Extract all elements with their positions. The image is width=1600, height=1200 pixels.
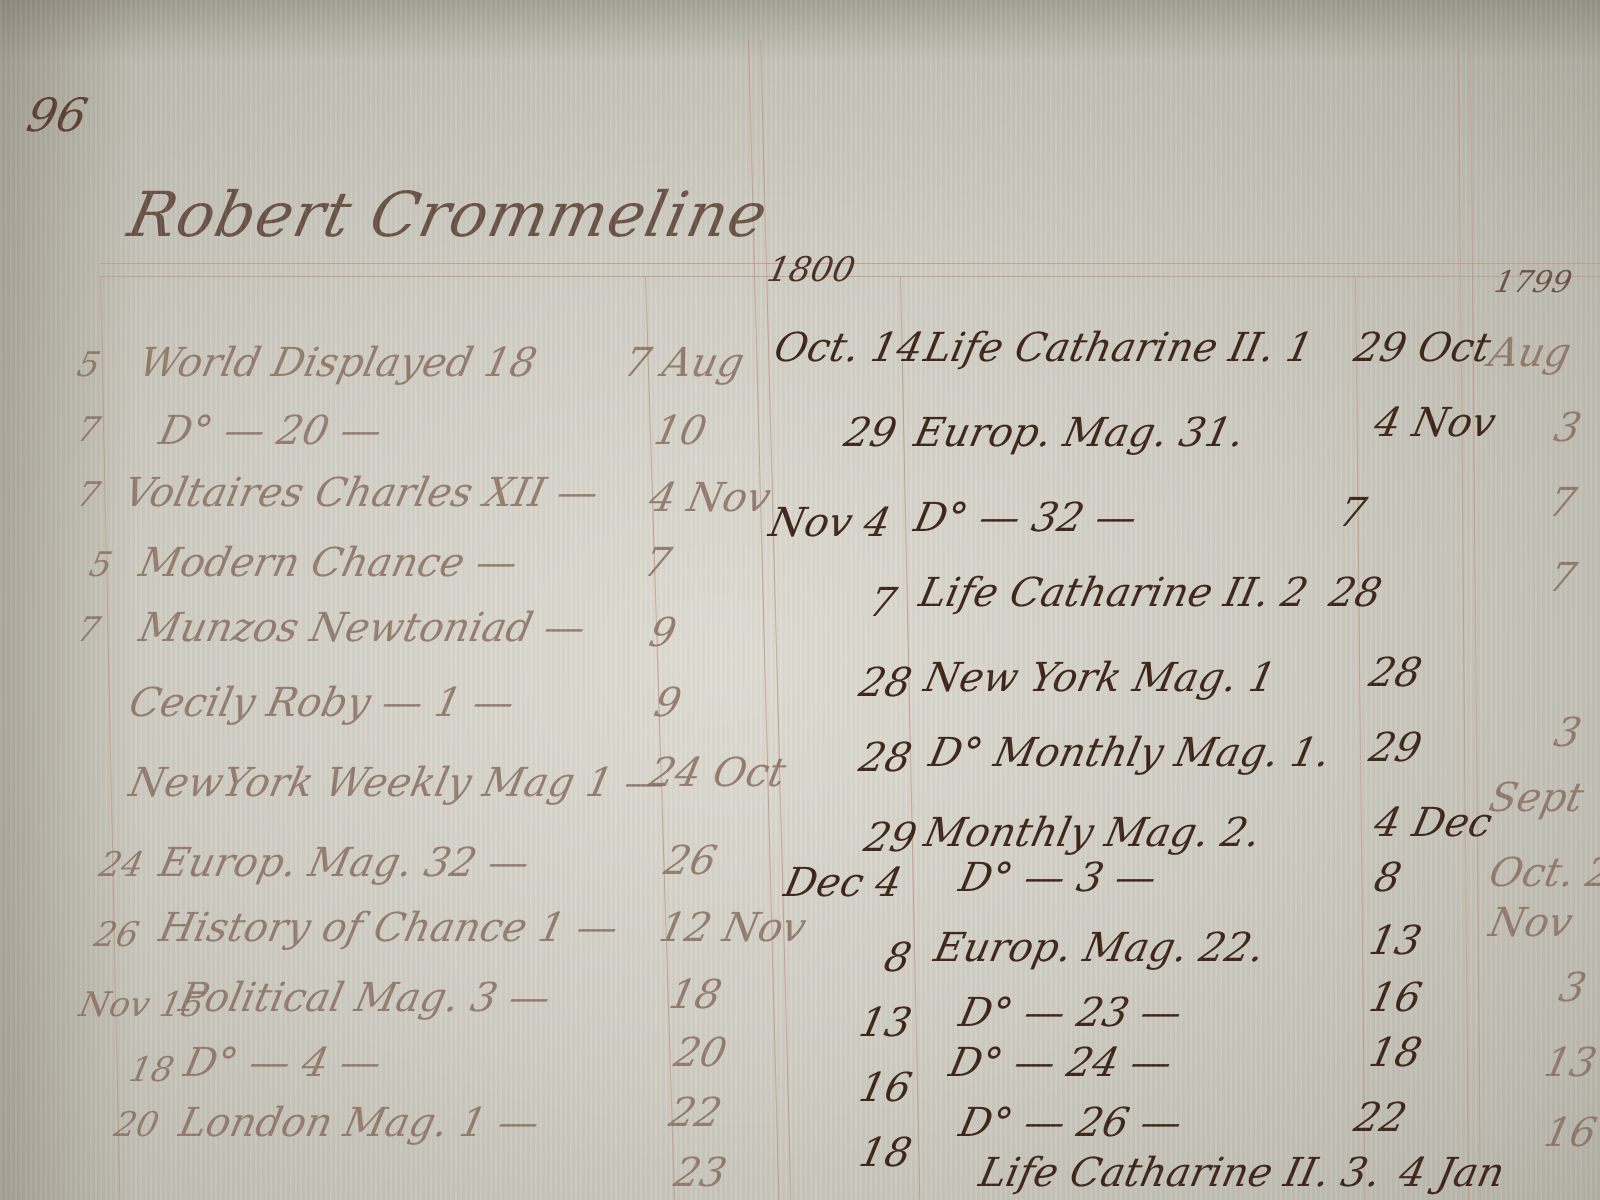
row-returned: 7 Aug [620,340,748,386]
row-title: Life Catharine II. 1 [920,325,1317,371]
row-returned: 4 Dec [1370,800,1496,846]
row-returned: 26 [660,838,721,884]
column-divider-2a [1458,50,1469,1200]
middle-return-rule [1355,276,1366,1200]
row-returned: 22 [665,1090,726,1136]
row-title: D° — 26 — [955,1100,1186,1146]
row-title: World Displayed 18 [135,340,541,386]
row-date: 29 [860,815,921,861]
right-entry-date: 3 [1550,710,1585,756]
borrower-name: Robert Crommeline [122,178,774,251]
row-returned: 29 Oct [1350,325,1495,371]
row-margin-date: 18 [126,1050,178,1090]
right-entry-date: 16 [1540,1110,1600,1156]
row-margin-date: 26 [91,915,143,955]
row-date: Oct. 14 [770,325,927,371]
row-date: 28 [855,660,916,706]
row-date: Nov 4 [765,500,895,546]
row-returned: 18 [1365,1030,1426,1076]
row-title: D° Monthly Mag. 1. [925,730,1334,776]
row-returned: 7 [640,540,675,586]
row-returned: 28 [1365,650,1426,696]
row-date: 7 [865,580,900,626]
page-number: 96 [22,88,92,142]
row-returned: 10 [650,408,711,454]
row-title: Political Mag. 3 — [175,975,554,1021]
row-returned: 24 Oct [645,750,790,796]
ledger-page: 96 Robert Crommeline 1800 1799 5 World D… [0,0,1600,1200]
row-returned: 4 Nov [1370,400,1500,446]
row-returned: 9 [650,680,685,726]
row-returned: 9 [645,610,680,656]
row-title: London Mag. 1 — [175,1100,543,1146]
row-title: Voltaires Charles XII — [120,470,602,516]
row-title: D° — 24 — [945,1040,1176,1086]
row-returned: 18 [665,972,726,1018]
row-date: Dec 4 [780,860,906,906]
row-returned: 23 [670,1150,731,1196]
row-date: 16 [855,1065,916,1111]
row-date: 8 [880,935,915,981]
row-title: D° — 23 — [955,990,1186,1036]
row-title: Europ. Mag. 31. [910,410,1248,456]
row-returned: 12 Nov [655,905,810,951]
right-entry-date: 13 [1540,1040,1600,1086]
top-shadow [0,0,1600,60]
row-returned: 7 [1335,490,1370,536]
year-header: 1800 [764,250,859,290]
row-title: History of Chance 1 — [155,905,622,951]
row-returned: 4 Nov [645,475,775,521]
right-year-header: 1799 [1491,265,1575,300]
row-returned: 13 [1365,918,1426,964]
right-entry-date: Nov [1485,900,1576,946]
row-title: New York Mag. 1 [920,655,1280,701]
right-entry-date: 7 [1545,480,1580,526]
row-date: 13 [855,1000,916,1046]
row-returned: 22 [1350,1095,1411,1141]
column-divider-2b [1470,50,1481,1200]
row-title: D° — 32 — [910,495,1141,541]
row-title: Europ. Mag. 22. [930,925,1268,971]
row-title: D° — 3 — [955,855,1160,901]
row-title: D° — 20 — [155,408,386,454]
row-title: Monthly Mag. 2. [920,810,1265,856]
row-returned: 29 [1365,725,1426,771]
row-margin-date: 24 [96,845,148,885]
row-title: Modern Chance — [135,540,521,586]
row-date: 28 [855,735,916,781]
row-title: NewYork Weekly Mag 1 — [125,760,670,806]
right-entry-date: Sept [1485,775,1588,821]
right-entry-date: Aug [1485,330,1575,376]
right-entry-date: 3 [1555,965,1590,1011]
row-date: 29 [840,410,901,456]
row-title: Europ. Mag. 32 — [155,840,533,886]
right-entry-date: 7 [1545,555,1580,601]
right-entry-date: Oct. 2 [1485,850,1600,896]
row-date: 18 [855,1130,916,1176]
row-margin-date: 20 [111,1105,163,1145]
row-title: Cecily Roby — 1 — [125,680,518,726]
row-returned: 8 [1370,855,1405,901]
right-entry-date: 3 [1550,405,1585,451]
row-returned: 20 [670,1030,731,1076]
row-title: Life Catharine II. 2 [915,570,1312,616]
row-returned: 4 Jan [1395,1150,1509,1196]
row-title: Life Catharine II. 3. [975,1150,1385,1196]
row-returned: 16 [1365,975,1426,1021]
row-returned: 28 [1325,570,1386,616]
row-title: Munzos Newtoniad — [135,605,589,651]
row-title: D° — 4 — [180,1040,385,1086]
